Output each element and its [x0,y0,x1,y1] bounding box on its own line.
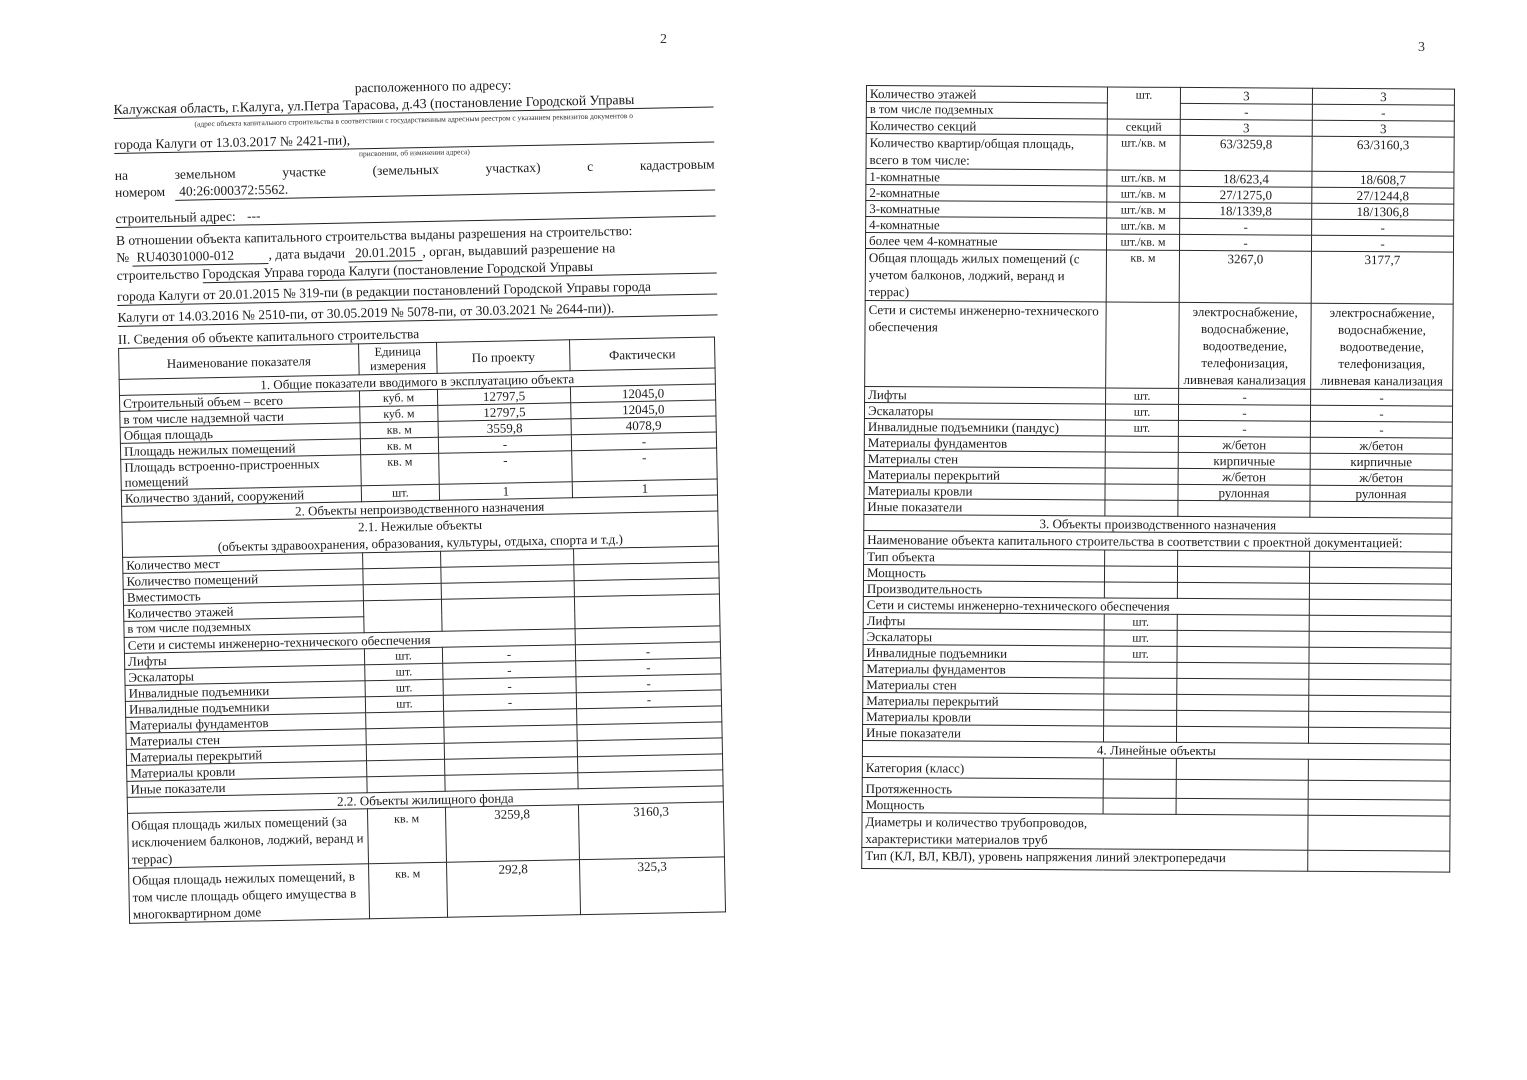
left-info-table: Наименование показателя Единица измерени… [118,336,726,923]
row-name: Количество квартир/общая площадь, всего … [866,134,1107,170]
row-unit: шт. [1107,87,1180,119]
row-unit: шт./кв. м [1107,135,1180,170]
right-page: Количество этажейшт.33 в том числе подзе… [861,85,1454,873]
row-project: - [1180,103,1312,120]
permit-no-label: № [116,250,129,265]
row-fact: ж/бетон [1310,469,1452,486]
row-name: 3-комнатные [866,201,1107,218]
row-unit: шт. [365,679,443,696]
row-project: 292,8 [447,860,581,918]
row-project: 27/1275,0 [1180,186,1312,203]
left-page: расположенного по адресу: Калужская обла… [113,72,729,923]
word: участке [282,163,326,181]
row-name: Производительность [863,580,1104,597]
row-fact: - [1310,421,1452,438]
row-unit: шт. [1104,646,1177,662]
row-name: Лифты [863,612,1104,629]
table-row: Тип (КЛ, ВЛ, КВЛ), уровень напряжения ли… [862,847,1450,872]
row-unit: кв. м [1106,250,1179,302]
row-name: Инвалидные подъемники (пандус) [864,418,1105,435]
row-project: 3267,0 [1179,250,1311,303]
row-name: более чем 4-комнатные [866,233,1107,250]
row-project: 3 [1180,119,1312,136]
row-fact: 3 [1312,88,1454,105]
row-name: Количество этажей [866,86,1107,103]
row-name: Материалы кровли [864,482,1105,499]
row-name: Сети и системы инженерно-технического об… [863,596,1309,615]
row-name: Мощность [862,796,1103,813]
word: земельном [174,165,235,183]
row-name: Категория (класс) [862,756,1103,778]
row-name: Иные показатели [864,498,1105,515]
word: кадастровым [640,155,715,173]
construction-address-value: --- [247,208,261,223]
row-fact: 325,3 [579,857,725,915]
row-project: - [439,451,573,485]
row-project: - [1178,420,1310,437]
table-row: Диаметры и количество трубопроводов, хар… [862,812,1450,851]
table-row: Общая площадь жилых помещений (с учетом … [865,249,1453,305]
row-name: Тип (КЛ, ВЛ, КВЛ), уровень напряжения ли… [862,847,1308,871]
word: (земельных [372,161,439,179]
row-unit: секций [1107,119,1180,135]
row-unit: шт./кв. м [1107,202,1180,218]
row-name: Эскалаторы [863,628,1104,645]
row-fact: кирпичные [1310,453,1452,470]
row-fact: - [1312,104,1454,121]
row-name: Сети и системы инженерно-технического об… [865,300,1107,387]
row-fact: - [1311,389,1453,406]
row-unit: шт./кв. м [1106,234,1179,250]
row-project: рулонная [1178,484,1310,501]
row-name: Инвалидные подъемники [863,644,1104,661]
row-name: Общая площадь жилых помещений (за исключ… [128,809,369,869]
row-name: Материалы фундаментов [863,660,1104,677]
row-fact: рулонная [1310,485,1452,502]
row-project: 3 [1180,87,1312,104]
page-number-left: 2 [660,32,667,48]
row-name: Материалы перекрытий [863,692,1104,709]
row-unit: шт. [1104,614,1177,630]
row-unit: шт. [1105,404,1178,420]
row-project: кирпичные [1178,452,1310,469]
table-row: Общая площадь нежилых помещений, в том ч… [129,857,726,923]
word: на [115,167,129,184]
word: участках) [485,159,540,177]
row-unit: шт. [1104,630,1177,646]
row-name: Материалы стен [864,450,1105,467]
row-name: Материалы фундаментов [864,434,1105,451]
row-name: в том числе подземных [866,102,1107,119]
row-project: 3259,8 [445,805,579,863]
row-name: Материалы перекрытий [864,466,1105,483]
permit-date: 20.01.2015 [348,243,422,262]
row-name: 4-комнатные [866,217,1107,234]
row-name: Количество секций [866,118,1107,135]
row-project: - [1179,388,1311,405]
row-name: 1-комнатные [866,169,1107,186]
row-name: Материалы стен [863,676,1104,693]
word: с [587,158,593,175]
row-unit: шт. [361,484,439,501]
row-name: Площадь встроенно-пристроенных помещений [121,455,362,491]
row-unit: кв. м [361,453,440,485]
row-fact: электроснабжение, водоснабжение, водоотв… [1311,303,1454,390]
construction-address-label: строительный адрес: [115,209,235,226]
row-fact: 3 [1312,120,1454,137]
row-unit: кв. м [367,807,446,863]
table-row: Сети и системы инженерно-технического об… [865,300,1454,390]
row-unit: шт. [365,695,443,712]
row-project: - [1180,218,1312,235]
cadastral-label: номером [115,183,165,202]
row-fact: 3177,7 [1311,251,1453,304]
row-fact: - [1312,219,1454,236]
row-unit: кв. м [360,421,438,438]
header-name: Наименование показателя [119,344,360,380]
row-project: ж/бетон [1178,468,1310,485]
row-name: Лифты [865,386,1106,403]
row-name: Общая площадь жилых помещений (с учетом … [865,249,1106,302]
row-unit: шт. [364,647,442,664]
row-fact: - [1310,405,1452,422]
row-fact: 18/608,7 [1312,171,1454,188]
row-fact: 63/3160,3 [1312,136,1454,172]
row-fact: - [1311,235,1453,252]
row-name: Протяженность [862,777,1103,797]
row-fact: - [572,448,718,482]
row-unit: кв. м [369,862,448,918]
row-name: Диаметры и количество трубопроводов, хар… [862,812,1308,850]
row-project: - [1179,234,1311,251]
row-unit: шт. [1106,388,1179,404]
row-unit: шт. [365,663,443,680]
row-name: Мощность [863,564,1104,581]
row-name: Эскалаторы [864,402,1105,419]
page-number-right: 3 [1418,40,1425,56]
row-name: 2-комнатные [866,185,1107,202]
row-name: Иные показатели [862,724,1103,741]
row-unit: шт./кв. м [1107,218,1180,234]
row-project: ж/бетон [1178,436,1310,453]
row-project: 63/3259,8 [1180,135,1312,171]
row-unit: шт./кв. м [1107,186,1180,202]
header-fact: Фактически [569,337,715,371]
row-unit: шт./кв. м [1107,170,1180,186]
right-info-table: Количество этажейшт.33 в том числе подзе… [861,85,1455,873]
row-unit: куб. м [359,389,437,406]
permit-org-label: , орган, выдавший разрешение на [422,240,615,259]
row-fact: 3160,3 [578,802,724,860]
row-project: 18/1339,8 [1180,202,1312,219]
row-fact: ж/бетон [1310,437,1452,454]
row-name: Материалы кровли [863,708,1104,725]
row-fact: 27/1244,8 [1312,187,1454,204]
row-project: 18/623,4 [1180,170,1312,187]
row-name: Тип объекта [864,548,1105,565]
header-project: По проекту [437,340,571,374]
row-unit: куб. м [360,405,438,422]
row-name: Общая площадь нежилых помещений, в том ч… [129,864,370,924]
row-project: электроснабжение, водоснабжение, водоотв… [1179,302,1312,389]
row-fact: 18/1306,8 [1312,203,1454,220]
table-row: Количество квартир/общая площадь, всего … [866,134,1454,173]
permit-org-label-2: строительство [117,265,200,285]
row-project: - [1178,404,1310,421]
row-unit: кв. м [360,437,438,454]
header-unit: Единица измерения [359,342,438,374]
row-unit: шт. [1105,420,1178,436]
permit-date-label: , дата выдачи [268,246,345,262]
